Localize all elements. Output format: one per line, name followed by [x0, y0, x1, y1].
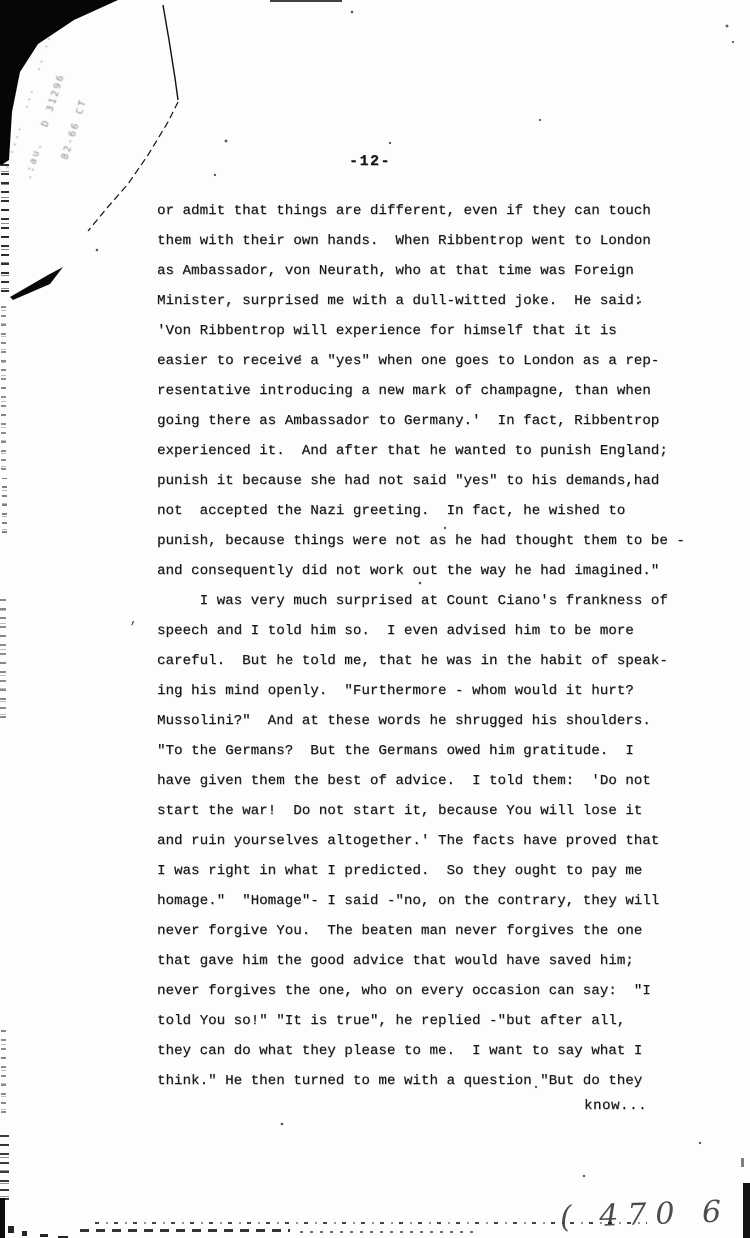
text-line: I was right in what I predicted. So they… — [157, 856, 687, 886]
left-edge-speckle — [1, 162, 9, 292]
text-line: never forgives the one, who on every occ… — [157, 976, 687, 1006]
text-line: as Ambassador, von Neurath, who at that … — [157, 256, 687, 286]
archive-stamp-line: 82-66 CT — [60, 97, 90, 161]
text-line: that gave him the good advice that would… — [157, 946, 687, 976]
page-number: -12- — [328, 153, 412, 170]
handwritten-archive-number: ( 470 6 13 — [559, 1192, 750, 1236]
body-text: or admit that things are different, even… — [157, 196, 687, 1096]
left-edge-speckle — [1, 300, 6, 470]
text-line: Mussolini?" And at these words he shrugg… — [157, 706, 687, 736]
text-line: Minister, surprised me with a dull-witte… — [157, 286, 687, 316]
bottom-left-bar — [0, 1198, 5, 1238]
continuation-word: know... — [584, 1098, 647, 1114]
text-line: told You so!" "It is true", he replied -… — [157, 1006, 687, 1036]
text-line: speech and I told him so. I even advised… — [157, 616, 687, 646]
text-line: "To the Germans? But the Germans owed hi… — [157, 736, 687, 766]
text-line: and ruin yourselves altogether.' The fac… — [157, 826, 687, 856]
text-line: going there as Ambassador to Germany.' I… — [157, 406, 687, 436]
text-line: I was very much surprised at Count Ciano… — [157, 586, 687, 616]
arrow-mark — [10, 267, 63, 300]
text-line: start the war! Do not start it, because … — [157, 796, 687, 826]
archive-stamp-line: . .... ... .. .. — [0, 32, 54, 171]
text-line: have given them the best of advice. I to… — [157, 766, 687, 796]
text-line: careful. But he told me, that he was in … — [157, 646, 687, 676]
text-line: think." He then turned to me with a ques… — [157, 1066, 687, 1096]
text-line: resentative introducing a new mark of ch… — [157, 376, 687, 406]
left-edge-speckle — [0, 598, 6, 718]
top-edge-mark — [270, 0, 342, 2]
left-edge-speckle — [2, 478, 7, 533]
text-line: them with their own hands. When Ribbentr… — [157, 226, 687, 256]
text-line: 'Von Ribbentrop will experience for hims… — [157, 316, 687, 346]
text-line: and consequently did not work out the wa… — [157, 556, 687, 586]
text-line: or admit that things are different, even… — [157, 196, 687, 226]
text-line: homage." "Homage"- I said -"no, on the c… — [157, 886, 687, 916]
document-page: . .... ... .. .. .:au. D 31296 82-66 CT … — [0, 0, 750, 1238]
text-line: never forgive You. The beaten man never … — [157, 916, 687, 946]
text-line: ing his mind openly. "Furthermore - whom… — [157, 676, 687, 706]
left-edge-speckle — [0, 1130, 9, 1200]
text-line: not accepted the Nazi greeting. In fact,… — [157, 496, 687, 526]
margin-stray-mark: ‚ — [129, 612, 137, 628]
text-line: punish, because things were not as he ha… — [157, 526, 687, 556]
bottom-dashed-line — [80, 1229, 290, 1232]
text-line: experienced it. And after that he wanted… — [157, 436, 687, 466]
paper-crease-upper — [163, 5, 178, 100]
text-line: easier to receive a "yes" when one goes … — [157, 346, 687, 376]
bottom-left-blobs — [8, 1226, 68, 1238]
left-edge-speckle — [1, 1028, 6, 1113]
right-edge-speck — [741, 1158, 744, 1167]
bottom-dashed-line — [300, 1231, 480, 1233]
text-line: they can do what they please to me. I wa… — [157, 1036, 687, 1066]
text-line: punish it because she had not said "yes"… — [157, 466, 687, 496]
